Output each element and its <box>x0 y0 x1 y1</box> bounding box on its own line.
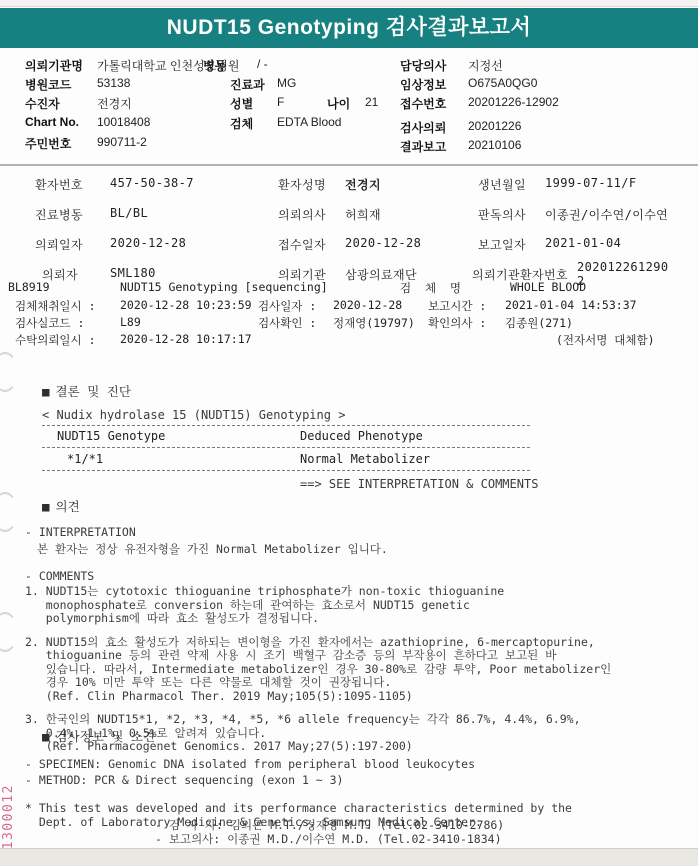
ward-dept-value: BL/BL <box>110 206 148 220</box>
requester-value: SML180 <box>110 266 156 280</box>
section-bullet-icon: ■ <box>42 384 50 399</box>
conclusion-section-title: ■결론 및 진단 <box>42 382 582 400</box>
specimen-value: EDTA Blood <box>277 115 341 129</box>
test-confirm-value: 정재영(19797) <box>333 315 415 331</box>
opinion-title-text: 의견 <box>56 499 80 514</box>
hospital-code-label: 병원코드 <box>25 76 71 93</box>
patient-id-value: 457-50-38-7 <box>110 176 194 190</box>
receipt-date-value: 2020-12-28 <box>345 236 421 250</box>
table-row: 환자번호 457-50-38-7 환자성명 전경지 생년월일 1999-07-1… <box>0 176 660 204</box>
table-row: 검체채취일시 : 2020-12-28 10:23:59 검사일자 : 2020… <box>0 298 660 314</box>
report-time-label: 보고시간 : <box>428 298 486 314</box>
receipt-date-label: 접수일자 <box>278 236 326 253</box>
lab-code-value: L89 <box>120 315 141 329</box>
request-info-row: 수진자 전경지 성별 F 나이 21 접수번호 20201226-12902 <box>25 95 685 113</box>
punch-hole-mark <box>0 352 18 392</box>
department-value: MG <box>277 76 296 90</box>
examinee-value: 전경지 <box>97 95 132 112</box>
specimen-name-label: 검 체 명 <box>400 280 461 296</box>
test-name-row: BL8919 NUDT15 Genotyping [sequencing] 검 … <box>0 280 698 296</box>
request-info-block: 의뢰기관명 가톨릭대학교 인천성모병원 병동 / - 담당의사 지정선 병원코드… <box>25 57 685 162</box>
test-request-date-label: 검사의뢰 <box>400 119 446 136</box>
table-row: 진료병동 BL/BL 의뢰의사 허희재 판독의사 이종권/이수연/이수연 <box>0 206 660 234</box>
sex-label: 성별 <box>230 95 253 112</box>
test-date-value: 2020-12-28 <box>333 298 402 312</box>
dashed-separator <box>42 425 530 426</box>
collection-datetime-value: 2020-12-28 10:23:59 <box>120 298 252 312</box>
table-row: 수탁의뢰일시 : 2020-12-28 10:17:17 (전자서명 대체함) <box>0 332 660 348</box>
result-report-date-value: 20210106 <box>468 138 521 152</box>
ward-dept-label: 진료병동 <box>35 206 83 223</box>
interpretation-text: 본 환자는 정상 유전자형을 가진 Normal Metabolizer 입니다… <box>37 541 690 557</box>
report-title: NUDT15 Genotyping 검사결과보고서 <box>0 8 698 48</box>
test-code: BL8919 <box>8 280 50 294</box>
test-request-date-value: 20201226 <box>468 119 521 133</box>
department-label: 진료과 <box>230 76 265 93</box>
bottom-margin-strip <box>0 848 698 866</box>
section-bullet-icon: ■ <box>42 729 50 744</box>
conclusion-title-text: 결론 및 진단 <box>56 384 131 399</box>
top-margin-strip <box>0 0 698 7</box>
ward-value: / - <box>257 57 268 71</box>
sex-value: F <box>277 95 284 109</box>
collection-datetime-label: 검체채취일시 : <box>15 298 96 314</box>
receipt-number-label: 접수번호 <box>400 95 446 112</box>
dashed-separator <box>42 470 530 471</box>
specimen-name-value: WHOLE BLOOD <box>510 280 586 294</box>
examiner-line: - 검 사 자: 김의곤 M.T./정재영 M.T. (Tel.02-3410-… <box>155 818 675 832</box>
report-date-label: 보고일자 <box>478 236 526 253</box>
test-info-title-text: 검사정보 및 소견 <box>56 729 156 744</box>
request-info-row: 병원코드 53138 진료과 MG 임상정보 O675A0QG0 <box>25 76 685 94</box>
genotyping-subtitle: < Nudix hydrolase 15 (NUDT15) Genotyping… <box>42 408 582 422</box>
request-info-row: 주민번호 990711-2 결과보고 20210106 <box>25 135 685 153</box>
genotype-value: *1/*1 <box>67 452 103 466</box>
opinion-section-title: ■의견 <box>42 497 690 515</box>
attending-doctor-label: 담당의사 <box>400 57 446 74</box>
test-confirm-label: 검사확인 : <box>258 315 316 331</box>
hospital-code-value: 53138 <box>97 76 130 90</box>
table-row: 검사실코드 : L89 검사확인 : 정재영(19797) 확인의사 : 김종원… <box>0 315 660 331</box>
birthdate-value: 1999-07-11/F <box>545 176 637 190</box>
dashed-separator <box>42 447 530 448</box>
report-date-value: 2021-01-04 <box>545 236 621 250</box>
examinee-label: 수진자 <box>25 95 60 112</box>
interpretation-label: - INTERPRETATION <box>25 525 690 539</box>
patient-id-label: 환자번호 <box>35 176 83 193</box>
specimen-label: 검체 <box>230 115 253 132</box>
report-footer: - 검 사 자: 김의곤 M.T./정재영 M.T. (Tel.02-3410-… <box>155 818 675 846</box>
patient-info-table: 환자번호 457-50-38-7 환자성명 전경지 생년월일 1999-07-1… <box>0 176 698 292</box>
punch-hole-mark <box>0 492 18 532</box>
requesting-doctor-label: 의뢰의사 <box>278 206 326 223</box>
request-date-label: 의뢰일자 <box>35 236 83 253</box>
table-row: 의뢰일자 2020-12-28 접수일자 2020-12-28 보고일자 202… <box>0 236 660 264</box>
comment-item: 1. NUDT15는 cytotoxic thioguanine triphos… <box>25 585 690 626</box>
phenotype-column-header: Deduced Phenotype <box>300 429 423 443</box>
ward-label: 병동 <box>203 57 226 74</box>
result-report-date-label: 결과보고 <box>400 138 446 155</box>
genotype-result-row: *1/*1 Normal Metabolizer <box>42 452 582 468</box>
lab-processing-block: 검체채취일시 : 2020-12-28 10:23:59 검사일자 : 2020… <box>0 298 698 358</box>
conclusion-section: ■결론 및 진단 < Nudix hydrolase 15 (NUDT15) G… <box>42 382 582 491</box>
test-date-label: 검사일자 : <box>258 298 316 314</box>
chart-no-label: Chart No. <box>25 115 79 129</box>
patient-name-value: 전경지 <box>345 176 381 193</box>
method-info-line: - METHOD: PCR & Direct sequencing (exon … <box>25 773 685 787</box>
genotype-column-header: NUDT15 Genotype <box>57 429 165 443</box>
attending-doctor-value: 지정선 <box>468 57 503 74</box>
resident-number-label: 주민번호 <box>25 135 71 152</box>
opinion-section: ■의견 - INTERPRETATION 본 환자는 정상 유전자형을 가진 N… <box>25 497 690 754</box>
lab-code-label: 검사실코드 : <box>15 315 84 331</box>
reading-doctor-label: 판독의사 <box>478 206 526 223</box>
requesting-doctor-value: 허희재 <box>345 206 381 223</box>
see-interpretation-note: ==> SEE INTERPRETATION & COMMENTS <box>300 477 582 491</box>
confirming-doctor-value: 김종원(271) <box>505 315 573 331</box>
comment-item: 2. NUDT15의 효소 활성도가 저하되는 변이형을 가진 환자에서는 az… <box>25 636 690 704</box>
lab-report-page: NUDT15 Genotyping 검사결과보고서 의뢰기관명 가톨릭대학교 인… <box>0 0 698 866</box>
age-label: 나이 <box>327 95 350 112</box>
request-info-row: Chart No. 10018408 검체 EDTA Blood 검사의뢰 20… <box>25 115 685 133</box>
chart-no-value: 10018408 <box>97 115 150 129</box>
test-info-section: ■검사정보 및 소견 - SPECIMEN: Genomic DNA isola… <box>25 727 685 829</box>
age-value: 21 <box>365 95 378 109</box>
birthdate-label: 생년월일 <box>478 176 526 193</box>
clinical-info-value: O675A0QG0 <box>468 76 537 90</box>
request-date-value: 2020-12-28 <box>110 236 186 250</box>
genotype-header-row: NUDT15 Genotype Deduced Phenotype <box>42 429 582 445</box>
punch-hole-mark <box>0 612 18 652</box>
referral-datetime-label: 수탁의뢰일시 : <box>15 332 96 348</box>
test-info-section-title: ■검사정보 및 소견 <box>42 727 685 745</box>
confirming-doctor-label: 확인의사 : <box>428 315 486 331</box>
test-name: NUDT15 Genotyping [sequencing] <box>120 280 328 294</box>
referral-datetime-value: 2020-12-28 10:17:17 <box>120 332 252 346</box>
reading-doctor-value: 이종권/이수연/이수연 <box>545 206 668 223</box>
section-divider-line <box>0 164 698 166</box>
phenotype-value: Normal Metabolizer <box>300 452 430 466</box>
report-time-value: 2021-01-04 14:53:37 <box>505 298 637 312</box>
comments-label: - COMMENTS <box>25 569 690 583</box>
specimen-info-line: - SPECIMEN: Genomic DNA isolated from pe… <box>25 757 685 771</box>
section-bullet-icon: ■ <box>42 499 50 514</box>
receipt-number-value: 20201226-12902 <box>468 95 559 109</box>
resident-number-value: 990711-2 <box>97 135 147 149</box>
patient-name-label: 환자성명 <box>278 176 326 193</box>
request-info-row: 의뢰기관명 가톨릭대학교 인천성모병원 병동 / - 담당의사 지정선 <box>25 57 685 75</box>
org-name-label: 의뢰기관명 <box>25 57 83 74</box>
clinical-info-label: 임상정보 <box>400 76 446 93</box>
reporting-doctor-line: - 보고의사: 이종권 M.D./이수연 M.D. (Tel.02-3410-1… <box>155 832 675 846</box>
electronic-signature-note: (전자서명 대체함) <box>556 332 655 348</box>
